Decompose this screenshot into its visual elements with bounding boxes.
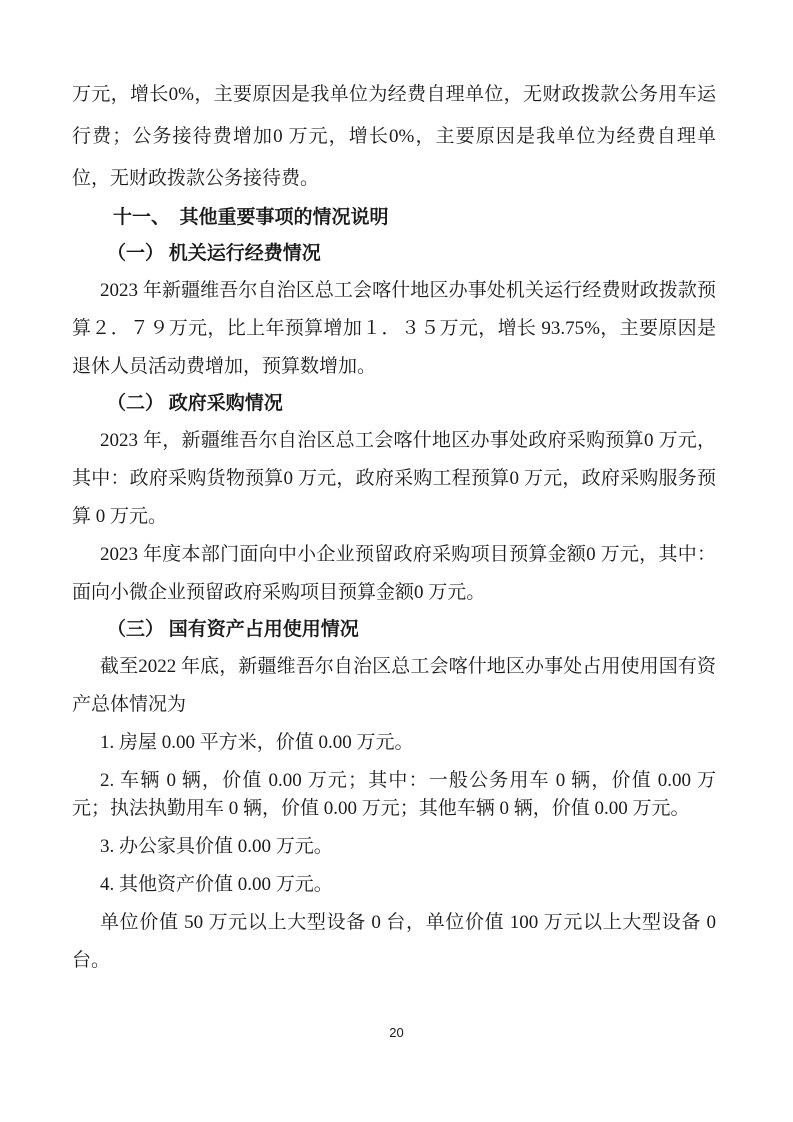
paragraph-agency-expense: 2023 年新疆维吾尔自治区总工会喀什地区办事处机关运行经费财政拨款预算２．７９… <box>72 272 716 386</box>
document-content: 万元，增长0%，主要原因是我单位为经费自理单位，无财政拨款公务用车运行费；公务接… <box>72 74 716 980</box>
subsection-heading-procurement: （二） 政府采购情况 <box>72 386 716 422</box>
subsection-heading-agency-expense: （一） 机关运行经费情况 <box>72 236 716 272</box>
asset-item-vehicles: 2. 车辆 0 辆，价值 0.00 万元；其中：一般公务用车 0 辆，价值 0.… <box>72 767 716 823</box>
asset-item-other: 4. 其他资产价值 0.00 万元。 <box>72 866 716 904</box>
document-page: 万元，增长0%，主要原因是我单位为经费自理单位，无财政拨款公务用车运行费；公务接… <box>0 0 793 1122</box>
asset-item-furniture: 3. 办公家具价值 0.00 万元。 <box>72 828 716 866</box>
paragraph-continuation: 万元，增长0%，主要原因是我单位为经费自理单位，无财政拨款公务用车运行费；公务接… <box>72 74 716 200</box>
page-number: 20 <box>389 1025 403 1040</box>
page-footer: 20 <box>0 1024 793 1042</box>
paragraph-assets-intro: 截至2022 年底，新疆维吾尔自治区总工会喀什地区办事处占用使用国有资产总体情况… <box>72 648 716 724</box>
subsection-heading-state-assets: （三） 国有资产占用使用情况 <box>72 612 716 648</box>
section-heading-11: 十一、 其他重要事项的情况说明 <box>72 200 716 236</box>
paragraph-procurement-sme: 2023 年度本部门面向中小企业预留政府采购项目预算金额0 万元，其中：面向小微… <box>72 536 716 612</box>
paragraph-large-equipment: 单位价值 50 万元以上大型设备 0 台，单位价值 100 万元以上大型设备 0… <box>72 904 716 980</box>
paragraph-procurement-budget: 2023 年，新疆维吾尔自治区总工会喀什地区办事处政府采购预算0 万元，其中：政… <box>72 422 716 536</box>
asset-item-housing: 1. 房屋 0.00 平方米，价值 0.00 万元。 <box>72 724 716 762</box>
